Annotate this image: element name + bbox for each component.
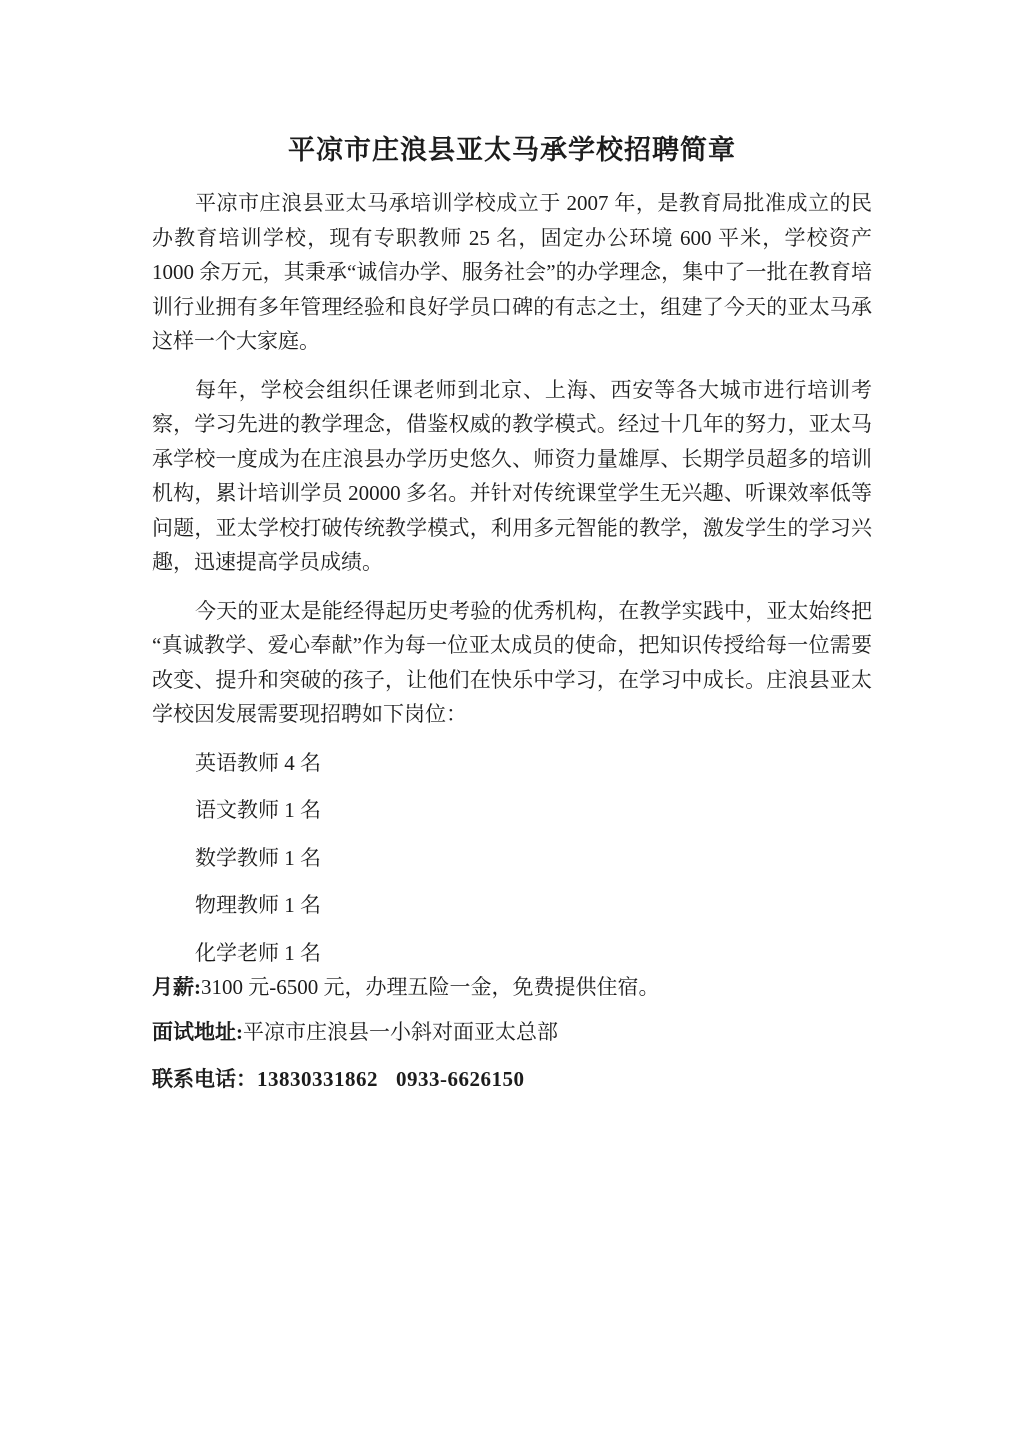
salary-line: 月薪:3100 元-6500 元，办理五险一金，免费提供住宿。 — [152, 970, 872, 1005]
document-page: 平凉市庄浪县亚太马承学校招聘简章 平凉市庄浪县亚太马承培训学校成立于 2007 … — [0, 0, 1024, 1448]
position-item-physics: 物理教师 1 名 — [152, 888, 872, 923]
salary-text: 3100 元-6500 元，办理五险一金，免费提供住宿。 — [201, 975, 660, 999]
interview-address-label: 面试地址: — [152, 1020, 243, 1044]
salary-label: 月薪: — [152, 975, 201, 999]
document-title: 平凉市庄浪县亚太马承学校招聘简章 — [152, 130, 872, 170]
contact-phone-number-1: 13830331862 — [257, 1067, 378, 1091]
interview-address-line: 面试地址:平凉市庄浪县一小斜对面亚太总部 — [152, 1015, 872, 1050]
contact-phone-number-2: 0933-6626150 — [396, 1067, 525, 1091]
interview-address-text: 平凉市庄浪县一小斜对面亚太总部 — [243, 1020, 558, 1044]
paragraph-intro: 平凉市庄浪县亚太马承培训学校成立于 2007 年，是教育局批准成立的民办教育培训… — [152, 186, 872, 359]
position-item-chinese: 语文教师 1 名 — [152, 793, 872, 828]
paragraph-history: 每年，学校会组织任课老师到北京、上海、西安等各大城市进行培训考察，学习先进的教学… — [152, 373, 872, 580]
position-item-english: 英语教师 4 名 — [152, 746, 872, 781]
paragraph-mission: 今天的亚太是能经得起历史考验的优秀机构，在教学实践中，亚太始终把“真诚教学、爱心… — [152, 594, 872, 732]
position-item-math: 数学教师 1 名 — [152, 841, 872, 876]
contact-phone-label: 联系电话： — [152, 1067, 257, 1091]
contact-phone-line: 联系电话：138303318620933-6626150 — [152, 1062, 872, 1097]
position-item-chemistry: 化学老师 1 名 — [152, 936, 872, 971]
